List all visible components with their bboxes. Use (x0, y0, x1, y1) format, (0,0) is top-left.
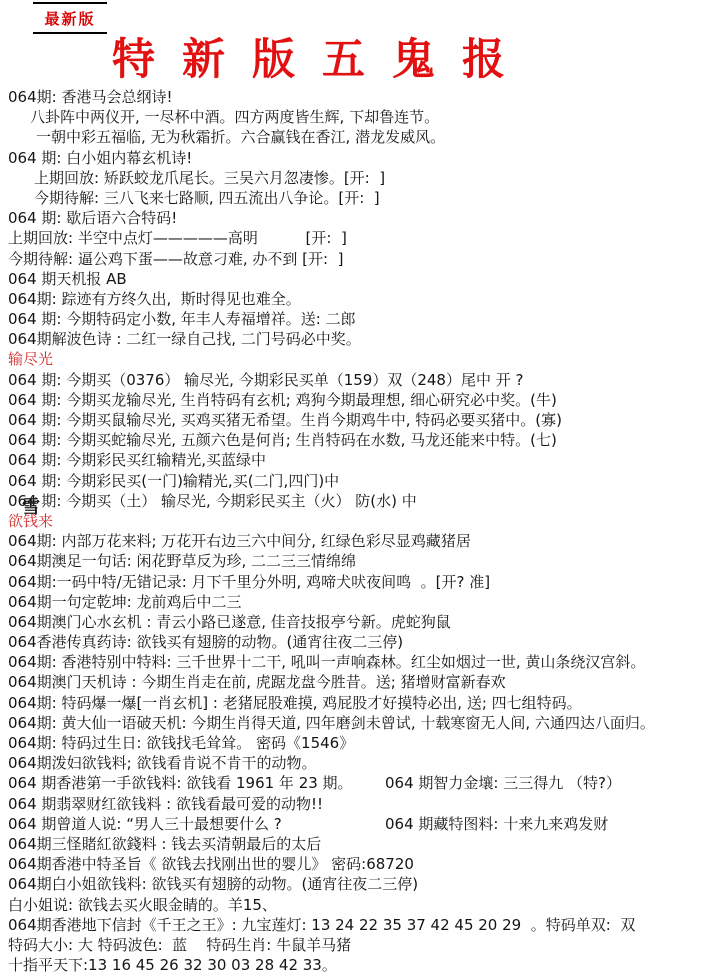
report-line-text: 八卦阵中两仪开, 一尽杯中酒。四方两度皆生辉, 下却鲁连节。 (30, 108, 439, 126)
report-line-text: 今期待解: 三八飞来七路顺, 四五流出八争论。[开: ] (34, 189, 380, 207)
report-line-text: 上期回放: 半空中点灯—————高明 [开: ] (8, 229, 347, 247)
report-line: 064 期: 白小姐内幕玄机诗! (8, 148, 711, 168)
report-line: 064期香港中特圣旨《 欲钱去找刚出世的婴儿》 密码:68720 (8, 854, 711, 874)
report-line: 064期解波色诗 : 二红一绿自己找, 二门号码必中奖。 (8, 329, 711, 349)
report-line-text: 064期澳门心水玄机 : 青云小路已遂意, 佳音技报亭兮新。虎蛇狗鼠 (8, 613, 451, 631)
report-line: 064期白小姐欲钱料: 欲钱买有翅膀的动物。(通宵往夜二三停) (8, 874, 711, 894)
report-line-text: 064期三怪賭紅欲錢料 : 钱去买清朝最后的太后 (8, 835, 321, 853)
report-line: 064 期: 今期买（0376） 输尽光, 今期彩民买单（159）双（248）尾… (8, 370, 711, 390)
report-line-text: 064期: 踪迹有方终久出, 斯时得见也难全。 (8, 290, 301, 308)
page-title: 特新版五鬼报 (112, 26, 532, 87)
report-line: 欲钱来雪 (8, 511, 711, 531)
report-line-text: 特码大小: 大 特码波色: 蓝 特码生肖: 牛鼠羊马猪 (8, 936, 351, 954)
report-line: 064 期曾道人说: “男人三十最想要什么 ?064 期藏特图料: 十来九来鸡发… (8, 814, 711, 834)
report-line-text: 输尽光 (8, 350, 53, 368)
report-line: 064 期: 今期彩民买红输精光,买蓝绿中 (8, 450, 711, 470)
report-line: 064期: 内部万花来料; 万花开右边三六中间分, 红绿色彩尽显鸡藏猪居 (8, 531, 711, 551)
report-line-text: 064 期: 今期彩民买红输精光,买蓝绿中 (8, 451, 266, 469)
report-line: 064 期: 今期彩民买(一门)输精光,买(二门,四门)中 (8, 471, 711, 491)
report-line-text: 064期: 特码过生日: 欲钱找毛耸耸。 密码《1546》 (8, 734, 354, 752)
report-line: 064 期: 今期买蛇输尽光, 五颜六色是何肖; 生肖特码在水数, 马龙还能来中… (8, 430, 711, 450)
report-line: 白小姐说: 欲钱去买火眼金睛的。羊15、 (8, 895, 711, 915)
report-line-text: 064香港传真药诗: 欲钱买有翅膀的动物。(通宵往夜二三停) (8, 633, 403, 651)
report-line: 064期: 踪迹有方终久出, 斯时得见也难全。 (8, 289, 711, 309)
report-line: 今期待解: 三八飞来七路顺, 四五流出八争论。[开: ] (8, 188, 711, 208)
report-line: 064期: 黄大仙一语破天机: 今期生肖得天道, 四年磨剑未曾试, 十载寒窗无人… (8, 713, 711, 733)
report-line: 064期三怪賭紅欲錢料 : 钱去买清朝最后的太后 (8, 834, 711, 854)
report-line: 064期泼妇欲钱料; 欲钱看肯说不肯干的动物。 (8, 753, 711, 773)
report-line: 064期澳门天机诗 : 今期生肖走在前, 虎踞龙盘今胜昔。送; 猪增财富新春欢 (8, 672, 711, 692)
report-line-text: 064期白小姐欲钱料: 欲钱买有翅膀的动物。(通宵往夜二三停) (8, 875, 418, 893)
report-line-text: 064 期: 今期买蛇输尽光, 五颜六色是何肖; 生肖特码在水数, 马龙还能来中… (8, 431, 557, 449)
report-line: 064 期: 今期买（土） 输尽光, 今期彩民买主（火） 防(水) 中 (8, 491, 711, 511)
report-line: 064期澳足一句话: 闲花野草反为珍, 二二三三情绵绵 (8, 551, 711, 571)
report-line-text: 064期:一码中特/无错记录: 月下千里分外明, 鸡啼犬吠夜间鸣 。[开? 准] (8, 573, 490, 591)
report-line-text: 今期待解: 逼公鸡下蛋——故意刁难, 办不到 [开: ] (8, 250, 343, 268)
report-body: 064期: 香港马会总纲诗!八卦阵中两仪开, 一尽杯中酒。四方两度皆生辉, 下却… (8, 87, 711, 977)
report-line-text: 064期: 黄大仙一语破天机: 今期生肖得天道, 四年磨剑未曾试, 十载寒窗无人… (8, 714, 655, 732)
report-line-text: 一朝中彩五福临, 无为秋霜折。六合赢钱在香江, 潜龙发威风。 (36, 128, 445, 146)
report-line: 上期回放: 矫跃蛟龙爪尾长。三吴六月忽凄惨。[开: ] (8, 168, 711, 188)
report-line-text: 064期澳门天机诗 : 今期生肖走在前, 虎踞龙盘今胜昔。送; 猪增财富新春欢 (8, 673, 506, 691)
report-line: 064 期香港第一手欲钱料: 欲钱看 1961 年 23 期。064 期智力金壤… (8, 773, 711, 793)
edition-badge: 最新版 (33, 2, 107, 34)
report-line-text: 064 期翡翠财红欲钱料 : 欲钱看最可爱的动物!! (8, 795, 323, 813)
report-line: 064期: 香港马会总纲诗! (8, 87, 711, 107)
report-line: 064期: 特码爆一爆[一肖玄机] : 老猪屁股难摸, 鸡屁股才好摸特必出, 送… (8, 693, 711, 713)
report-line-text: 064 期: 今期买（0376） 输尽光, 今期彩民买单（159）双（248）尾… (8, 371, 523, 389)
report-line-text: 064期一句定乾坤: 龙前鸡后中二三 (8, 593, 241, 611)
report-line-text: 064 期: 歇后语六合特码! (8, 209, 177, 227)
report-line: 输尽光 (8, 349, 711, 369)
report-line: 064 期: 今期特码定小数, 年丰人寿福增祥。送: 二郎 (8, 309, 711, 329)
report-line-text: 064期: 特码爆一爆[一肖玄机] : 老猪屁股难摸, 鸡屁股才好摸特必出, 送… (8, 694, 582, 712)
report-line: 上期回放: 半空中点灯—————高明 [开: ] (8, 228, 711, 248)
report-line: 064 期: 今期买鼠输尽光, 买鸡买猪无希望。生肖今期鸡牛中, 特码必要买猪中… (8, 410, 711, 430)
report-line: 064 期: 歇后语六合特码! (8, 208, 711, 228)
report-line-text: 064期泼妇欲钱料; 欲钱看肯说不肯干的动物。 (8, 754, 316, 772)
report-line: 八卦阵中两仪开, 一尽杯中酒。四方两度皆生辉, 下却鲁连节。 (8, 107, 711, 127)
report-line-text: 064期: 香港马会总纲诗! (8, 88, 172, 106)
report-line-text: 064期: 香港特别中特料: 三千世界十二干, 吼叫一声响森林。红尘如烟过一世,… (8, 653, 645, 671)
report-line-text: 064 期: 今期买（土） 输尽光, 今期彩民买主（火） 防(水) 中 (8, 492, 417, 510)
report-line-text: 上期回放: 矫跃蛟龙爪尾长。三吴六月忽凄惨。[开: ] (34, 169, 385, 187)
report-line-text: 064 期: 白小姐内幕玄机诗! (8, 149, 192, 167)
report-line-text: 064 期: 今期彩民买(一门)输精光,买(二门,四门)中 (8, 472, 339, 490)
report-line: 064期一句定乾坤: 龙前鸡后中二三 (8, 592, 711, 612)
report-line-text: 064 期: 今期特码定小数, 年丰人寿福增祥。送: 二郎 (8, 310, 356, 328)
report-line-text: 十指平天下:13 16 45 26 32 30 03 28 42 33。 (8, 956, 337, 974)
report-line-text: 064期香港地下信封《千王之王》: 九宝莲灯: 13 24 22 35 37 4… (8, 916, 635, 934)
report-line: 今期待解: 逼公鸡下蛋——故意刁难, 办不到 [开: ] (8, 249, 711, 269)
report-line: 064期香港地下信封《千王之王》: 九宝莲灯: 13 24 22 35 37 4… (8, 915, 711, 935)
report-line-text: 064 期: 今期买龙输尽光, 生肖特码有玄机; 鸡狗今期最理想, 细心研究必中… (8, 391, 557, 409)
report-line: 064期澳门心水玄机 : 青云小路已遂意, 佳音技报亭兮新。虎蛇狗鼠 (8, 612, 711, 632)
report-page: 最新版 特新版五鬼报 064期: 香港马会总纲诗!八卦阵中两仪开, 一尽杯中酒。… (0, 0, 713, 977)
report-line: 一朝中彩五福临, 无为秋霜折。六合赢钱在香江, 潜龙发威风。 (8, 127, 711, 147)
report-line: 064香港传真药诗: 欲钱买有翅膀的动物。(通宵往夜二三停) (8, 632, 711, 652)
report-line: 064期: 特码过生日: 欲钱找毛耸耸。 密码《1546》 (8, 733, 711, 753)
report-line-text: 064期香港中特圣旨《 欲钱去找刚出世的婴儿》 密码:68720 (8, 855, 414, 873)
report-line-text: 064期: 内部万花来料; 万花开右边三六中间分, 红绿色彩尽显鸡藏猪居 (8, 532, 471, 550)
report-line-text: 白小姐说: 欲钱去买火眼金睛的。羊15、 (8, 896, 277, 914)
overlay-artifact-char: 雪 (22, 498, 40, 518)
report-line: 特码大小: 大 特码波色: 蓝 特码生肖: 牛鼠羊马猪 (8, 935, 711, 955)
report-line-right-text: 064 期藏特图料: 十来九来鸡发财 (385, 814, 608, 834)
report-line-text: 064 期天机报 AB (8, 270, 127, 288)
report-line-text: 064 期曾道人说: “男人三十最想要什么 ? (8, 815, 282, 833)
report-line: 064期:一码中特/无错记录: 月下千里分外明, 鸡啼犬吠夜间鸣 。[开? 准] (8, 572, 711, 592)
report-line-text: 064 期: 今期买鼠输尽光, 买鸡买猪无希望。生肖今期鸡牛中, 特码必要买猪中… (8, 411, 562, 429)
report-line: 064期: 香港特别中特料: 三千世界十二干, 吼叫一声响森林。红尘如烟过一世,… (8, 652, 711, 672)
report-line: 064 期翡翠财红欲钱料 : 欲钱看最可爱的动物!! (8, 794, 711, 814)
report-line: 064 期: 今期买龙输尽光, 生肖特码有玄机; 鸡狗今期最理想, 细心研究必中… (8, 390, 711, 410)
report-line-text: 064期澳足一句话: 闲花野草反为珍, 二二三三情绵绵 (8, 552, 356, 570)
report-line-right-text: 064 期智力金壤: 三三得九 （特?） (385, 773, 621, 793)
report-line: 064 期天机报 AB (8, 269, 711, 289)
report-line-text: 064 期香港第一手欲钱料: 欲钱看 1961 年 23 期。 (8, 774, 353, 792)
report-line: 十指平天下:13 16 45 26 32 30 03 28 42 33。 (8, 955, 711, 975)
report-line-text: 064期解波色诗 : 二红一绿自己找, 二门号码必中奖。 (8, 330, 361, 348)
